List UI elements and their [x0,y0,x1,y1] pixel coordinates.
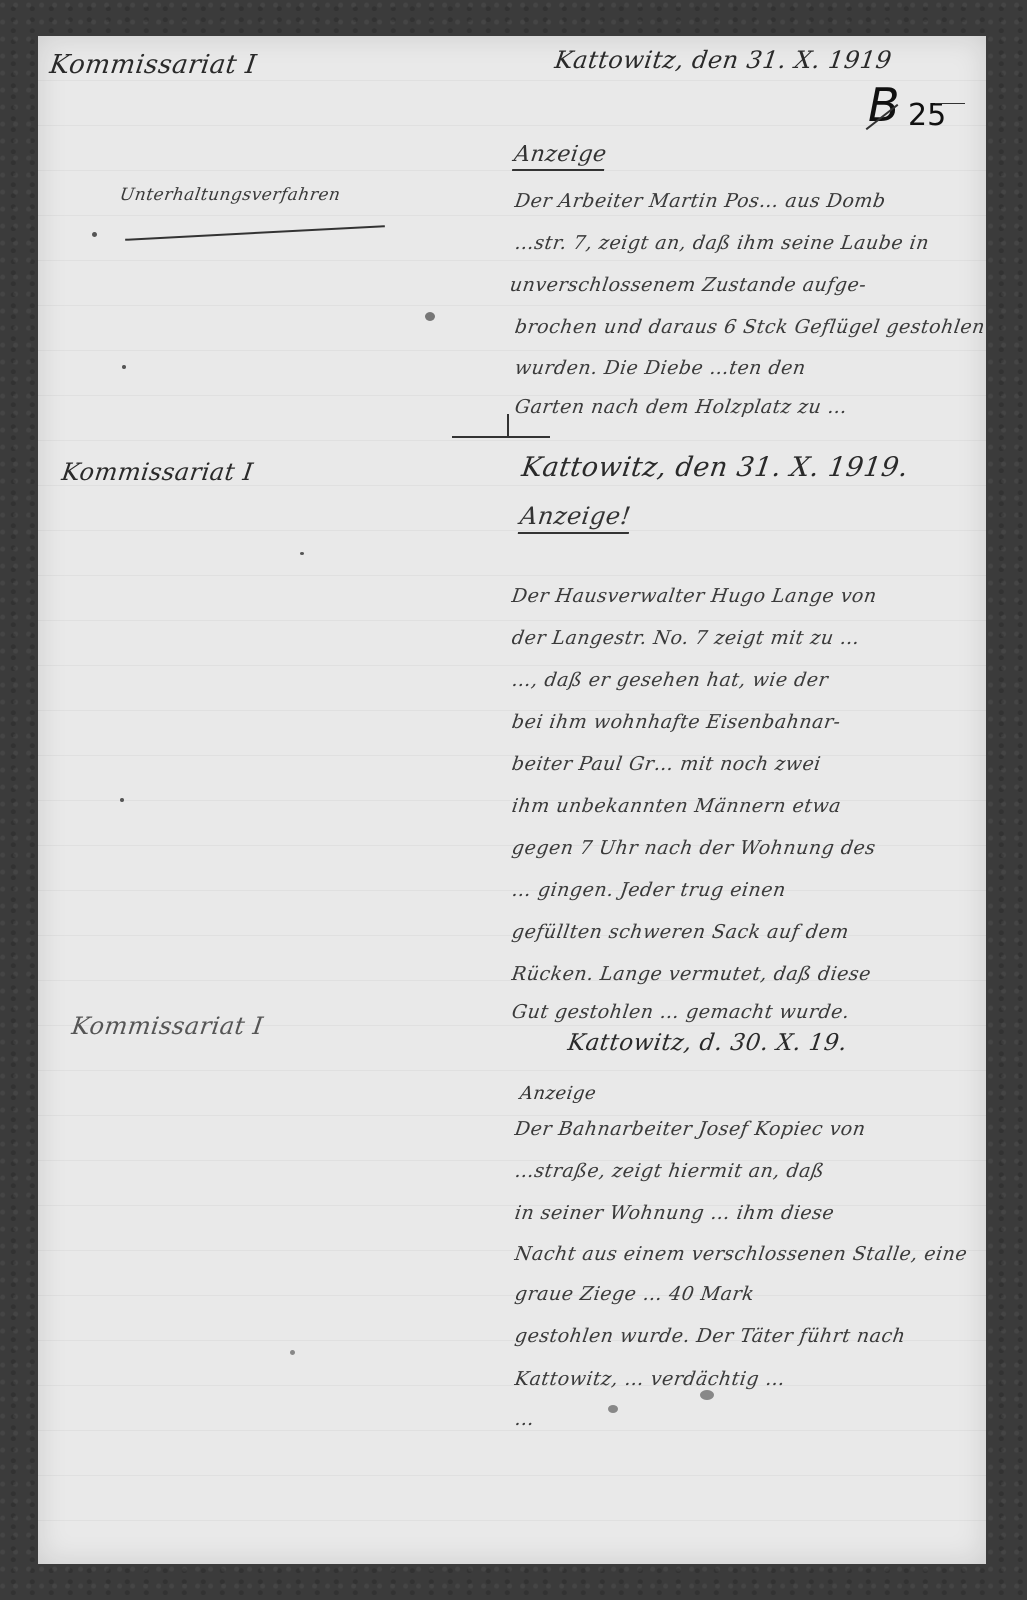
ink-spot [700,1390,714,1400]
margin-note-1: Unterhaltungsverfahren [119,185,342,205]
ink-spot [92,232,97,237]
text-line: Rücken. Lange vermutet, daß diese [510,963,872,985]
ink-spot [122,365,126,369]
ink-spot [425,312,435,321]
text-line: Nacht aus einem verschlossenen Stalle, e… [513,1243,968,1265]
ink-spot [608,1405,618,1413]
text-line: wurden. Die Diebe …ten den [513,357,807,379]
folio-underline [935,103,965,104]
text-line: Gut gestohlen … gemacht wurde. [510,1001,851,1023]
entry-heading-1: Anzeige [512,142,608,171]
text-line: Der Hausverwalter Hugo Lange von [510,585,878,607]
text-line: in seiner Wohnung … ihm diese [513,1202,835,1224]
text-line: Garten nach dem Holzplatz zu … [513,396,848,418]
text-line: graue Ziege … 40 Mark [513,1283,755,1305]
text-line: … [513,1408,536,1430]
text-line: … gingen. Jeder trug einen [510,879,787,901]
ink-spot [300,552,304,555]
place-date-2: Kattowitz, den 31. X. 1919. [520,452,911,483]
margin-header-2: Kommissariat I [60,458,255,486]
place-date-1: Kattowitz, den 31. X. 1919 [553,46,894,74]
entry-heading-2: Anzeige! [518,502,633,534]
text-line: gestohlen wurde. Der Täter führt nach [513,1325,907,1347]
text-line: bei ihm wohnhafte Eisenbahnar- [510,711,842,733]
text-line: ihm unbekannten Männern etwa [510,795,842,817]
text-line: gefüllten schweren Sack auf dem [510,921,850,943]
text-line: Der Bahnarbeiter Josef Kopiec von [513,1118,867,1140]
text-line: der Langestr. No. 7 zeigt mit zu … [510,627,861,649]
margin-header-3: Kommissariat I [70,1012,265,1040]
text-line: brochen und daraus 6 Stck Geflügel gesto… [513,316,986,338]
entry-separator-tick [507,414,509,436]
place-date-3: Kattowitz, d. 30. X. 19. [566,1030,849,1056]
entry-heading-3: Anzeige [519,1083,598,1104]
text-line: Kattowitz, … verdächtig … [513,1368,786,1390]
text-line: …, daß er gesehen hat, wie der [510,669,829,691]
text-line: beiter Paul Gr… mit noch zwei [510,753,822,775]
text-line: Der Arbeiter Martin Pos… aus Domb [513,190,887,212]
text-line: …str. 7, zeigt an, daß ihm seine Laube i… [513,232,930,254]
text-line: unverschlossenem Zustande aufge- [508,274,867,296]
text-line: …straße, zeigt hiermit an, daß [513,1160,825,1182]
ink-spot [290,1350,295,1355]
ink-spot [120,798,124,802]
text-line: gegen 7 Uhr nach der Wohnung des [510,837,877,859]
entry-separator [452,436,550,438]
margin-header-1: Kommissariat I [48,50,259,80]
